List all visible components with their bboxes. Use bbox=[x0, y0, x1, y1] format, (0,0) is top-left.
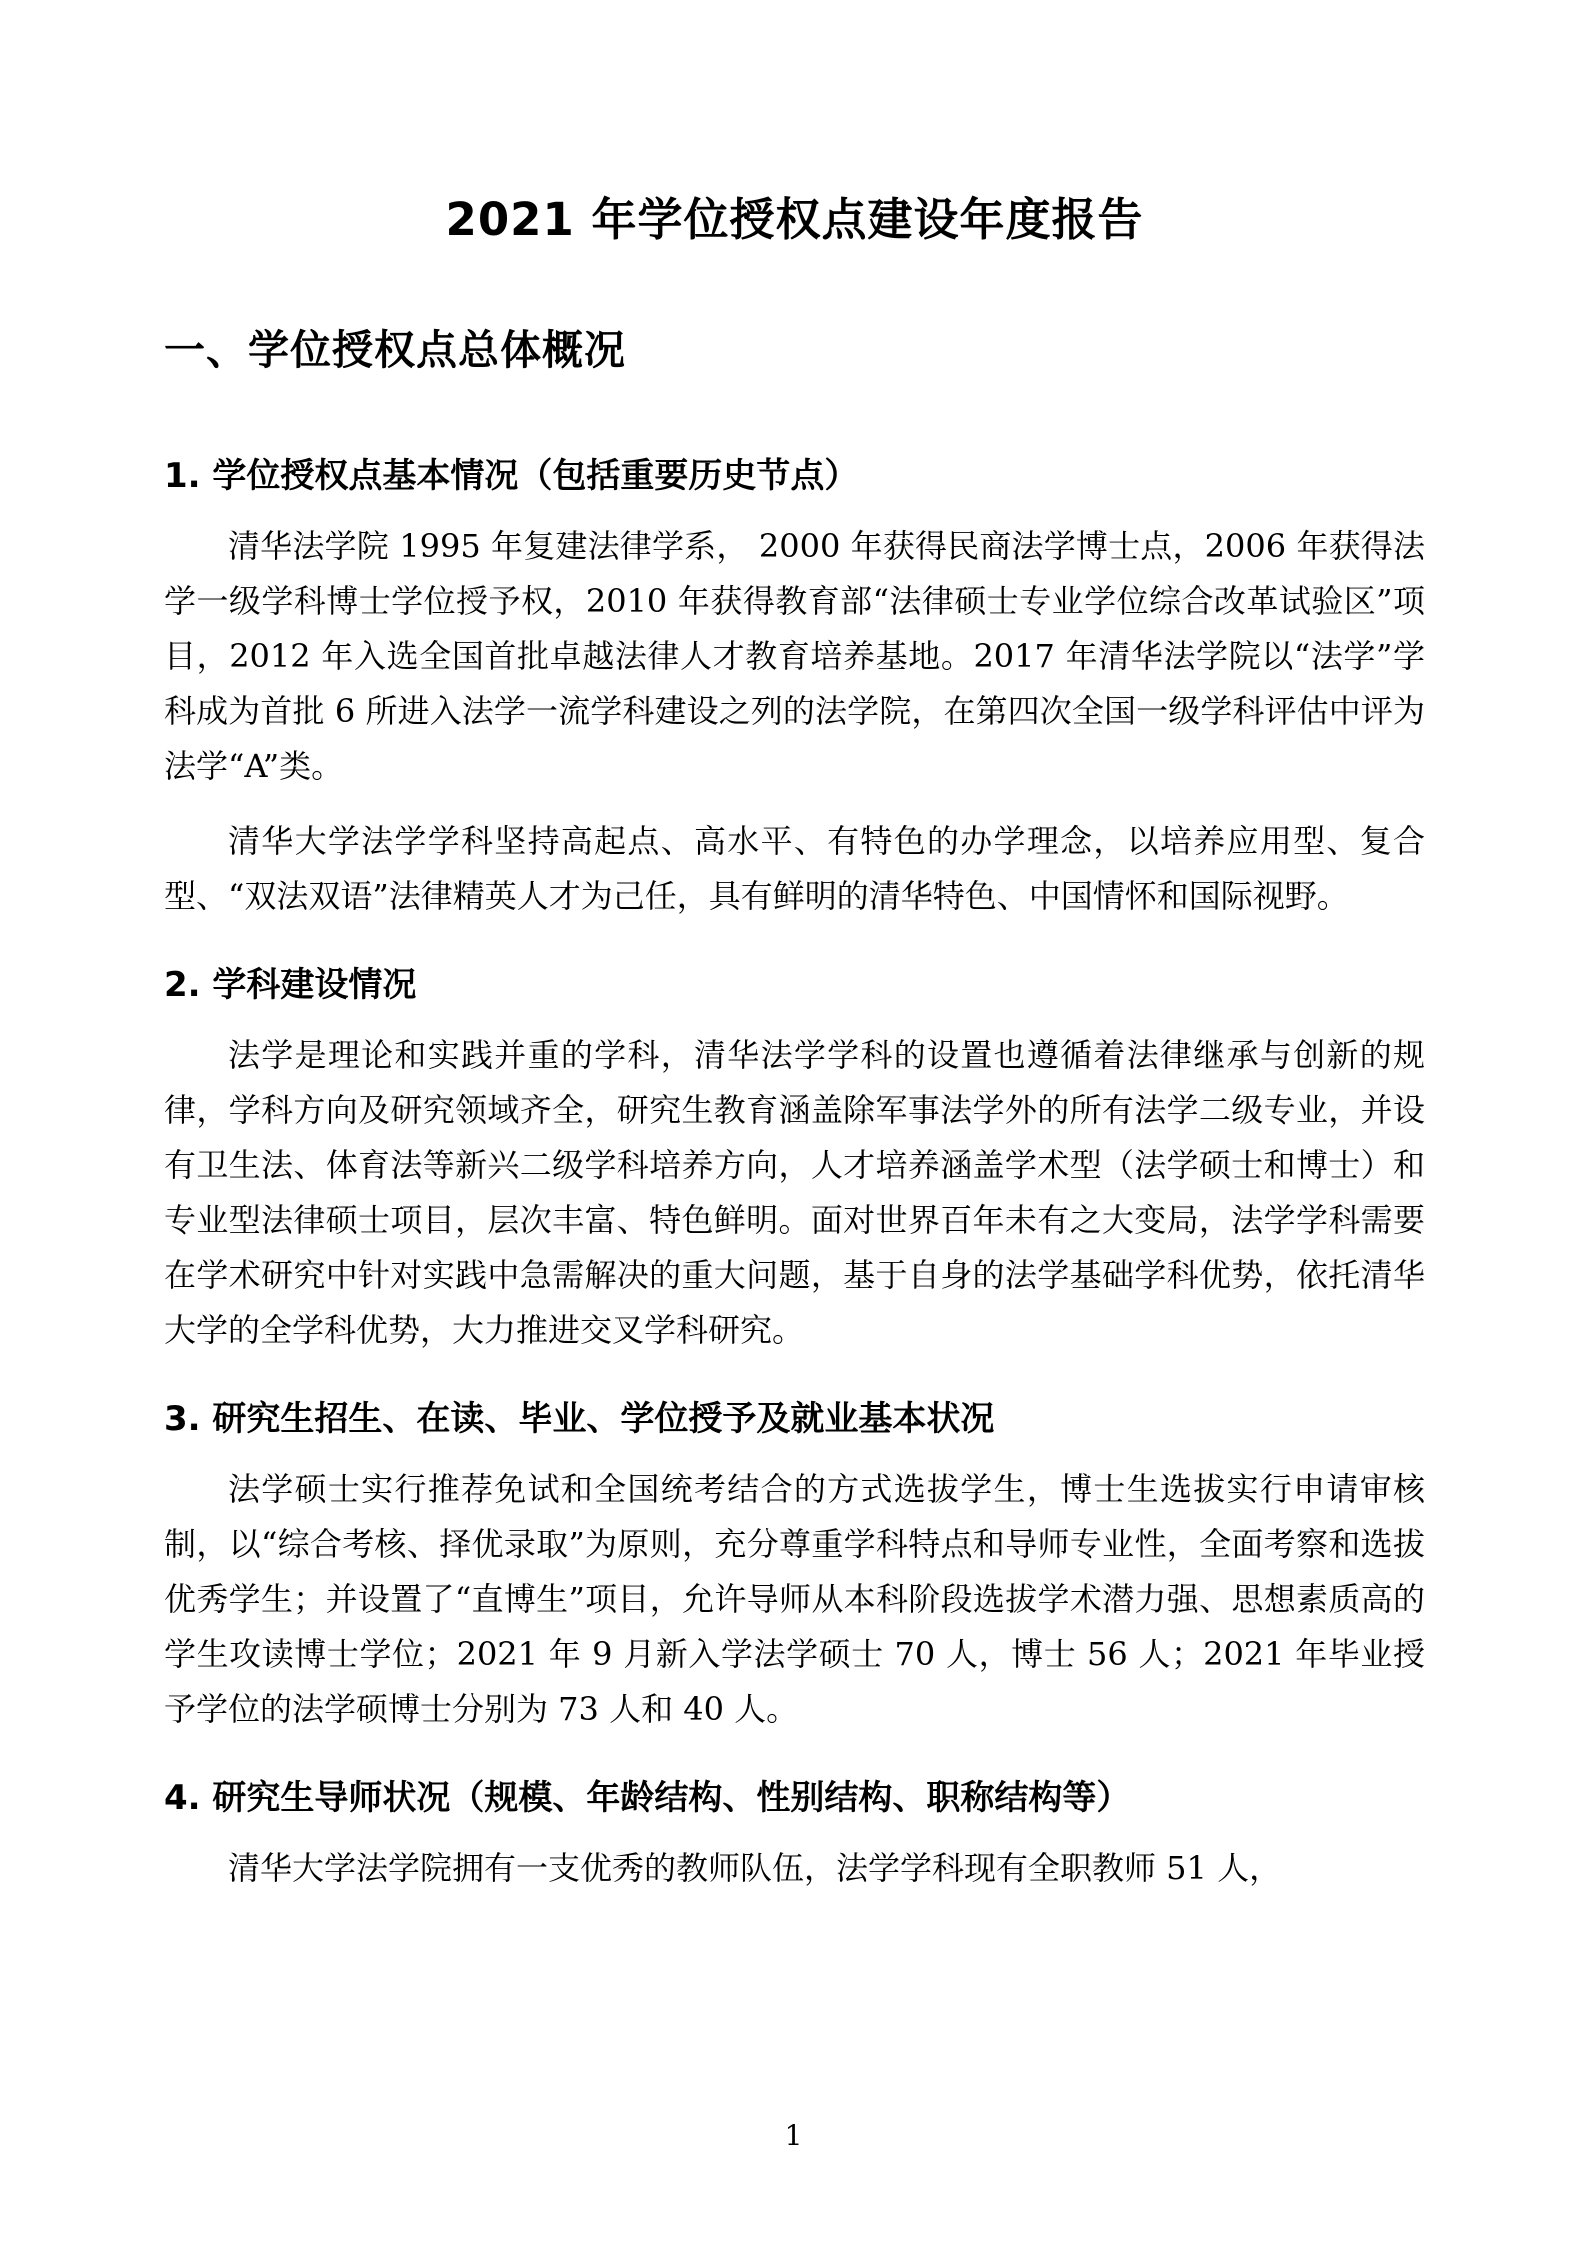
section-3-heading: 3. 研究生招生、在读、毕业、学位授予及就业基本状况 bbox=[164, 1396, 1425, 1442]
chapter-heading: 一、学位授权点总体概况 bbox=[164, 323, 1425, 378]
document-title: 2021 年学位授权点建设年度报告 bbox=[164, 190, 1425, 250]
section-2-heading: 2. 学科建设情况 bbox=[164, 962, 1425, 1008]
document-page: 2021 年学位授权点建设年度报告 一、学位授权点总体概况 1. 学位授权点基本… bbox=[0, 0, 1587, 2245]
section-3-paragraph-1: 法学硕士实行推荐免试和全国统考结合的方式选拔学生，博士生选拔实行申请审核制，以“… bbox=[164, 1462, 1425, 1737]
section-1-paragraph-1: 清华法学院 1995 年复建法律学系， 2000 年获得民商法学博士点，2006… bbox=[164, 519, 1425, 794]
section-2-paragraph-1: 法学是理论和实践并重的学科，清华法学学科的设置也遵循着法律继承与创新的规律，学科… bbox=[164, 1028, 1425, 1358]
section-4-paragraph-1: 清华大学法学院拥有一支优秀的教师队伍，法学学科现有全职教师 51 人， bbox=[164, 1841, 1425, 1896]
section-4-heading: 4. 研究生导师状况（规模、年龄结构、性别结构、职称结构等） bbox=[164, 1775, 1425, 1821]
page-number: 1 bbox=[0, 2119, 1587, 2153]
section-1-heading: 1. 学位授权点基本情况（包括重要历史节点） bbox=[164, 453, 1425, 499]
section-1-paragraph-2: 清华大学法学学科坚持高起点、高水平、有特色的办学理念，以培养应用型、复合型、“双… bbox=[164, 814, 1425, 924]
